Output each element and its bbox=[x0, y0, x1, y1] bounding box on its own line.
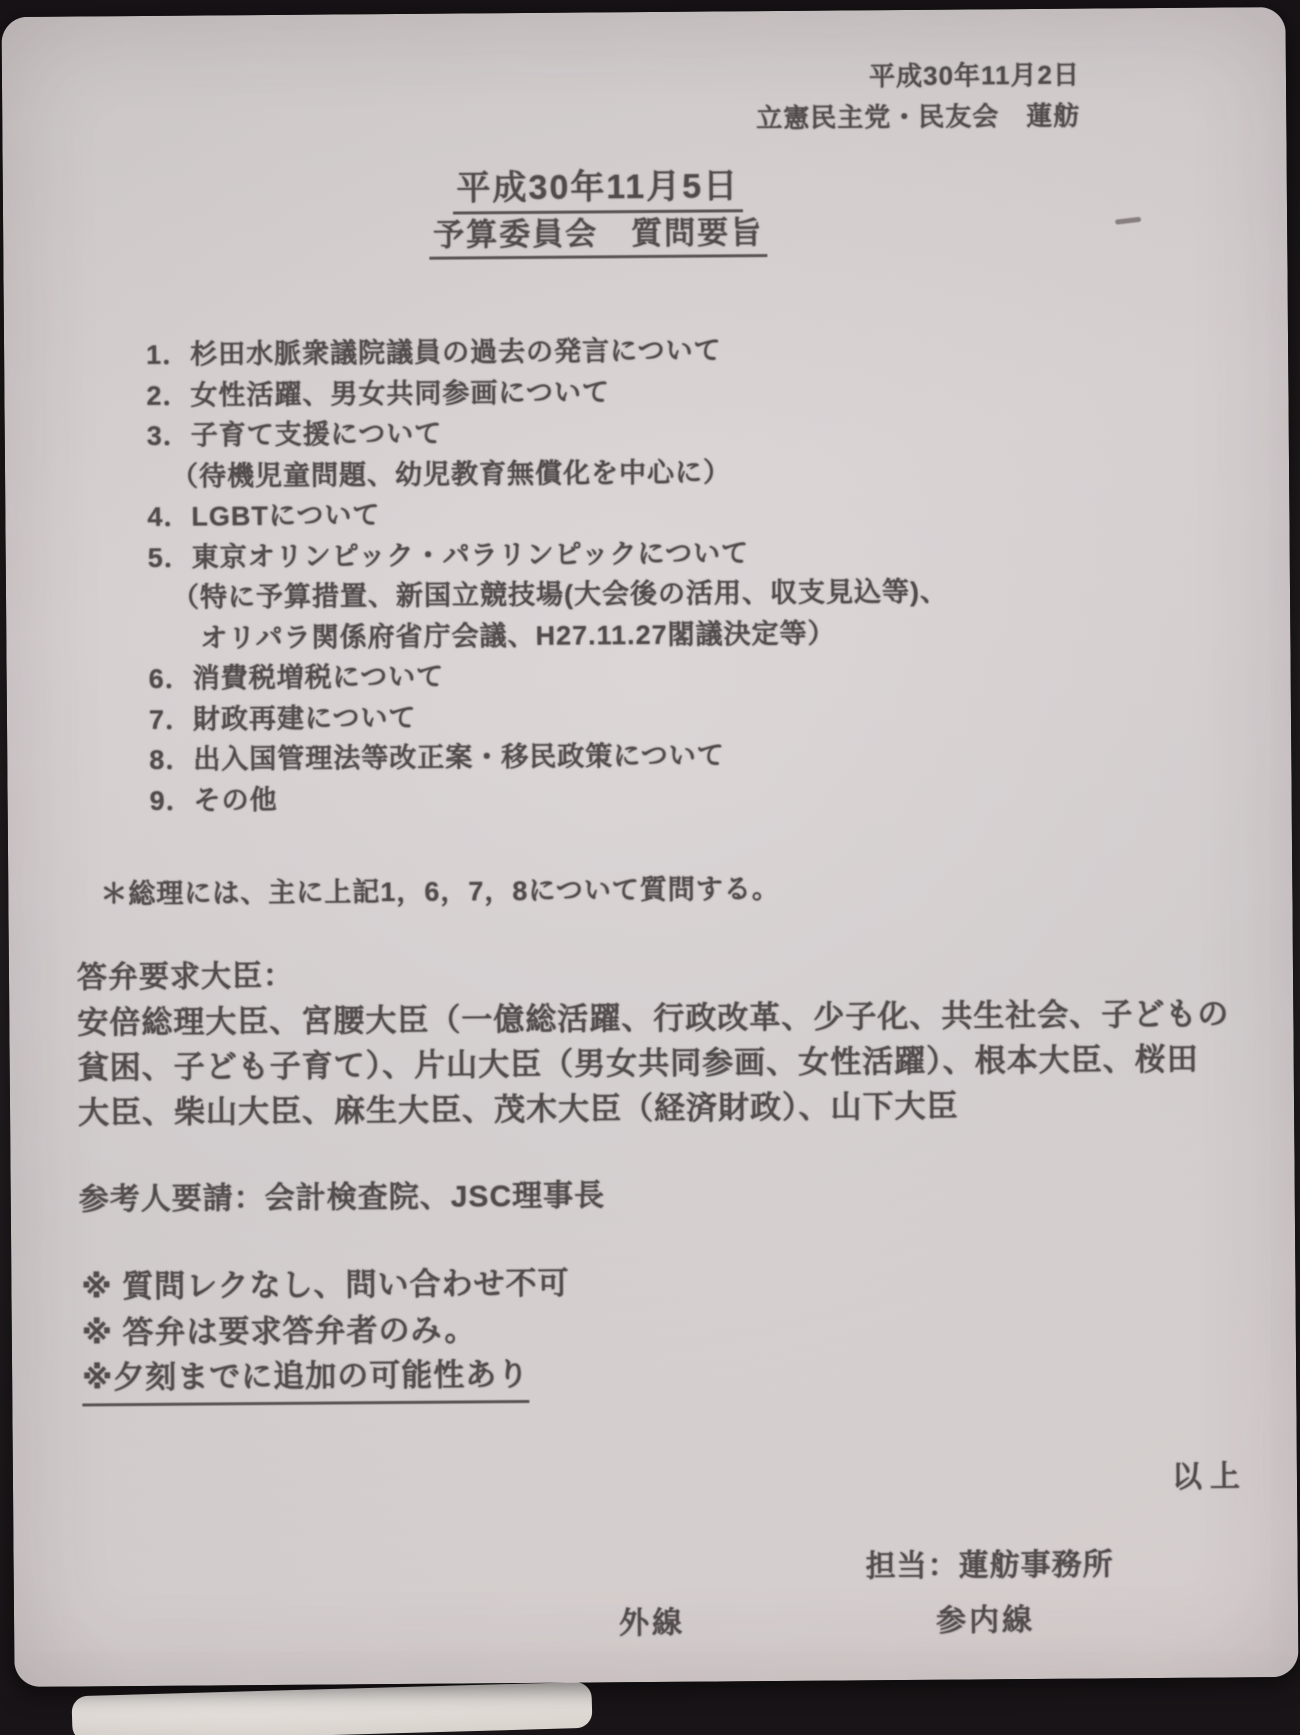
document-text-layer: 平成30年11月2日 立憲民主党・民友会 蓮舫 平成30年11月5日 予算委員会… bbox=[1, 7, 1298, 1687]
ministers-label: 答弁要求大臣： bbox=[77, 951, 294, 997]
agenda-item-8: 8．出入国管理法等改正案・移民政策について bbox=[149, 734, 949, 781]
header-party-line: 立憲民主党・民友会 蓮舫 bbox=[756, 96, 1080, 140]
closing-text: 以上 bbox=[1172, 1451, 1248, 1496]
remarks-block: ※ 質問レクなし、問い合わせ不可 ※ 答弁は要求答弁者のみ。 ※夕刻までに追加の… bbox=[81, 1261, 570, 1406]
title-committee-line: 予算委員会 質問要旨 bbox=[429, 215, 767, 259]
agenda-item-5-sub-2: オリパラ関係府省庁会議、H27.11.27閣議決定等） bbox=[200, 612, 948, 658]
photo-background: 平成30年11月2日 立憲民主党・民友会 蓮舫 平成30年11月5日 予算委員会… bbox=[0, 0, 1300, 1735]
agenda-item-3-sub: （待機児童問題、幼児教育無償化を中心に） bbox=[171, 450, 947, 497]
agenda-item-5: 5．東京オリンピック・パラリンピックについて bbox=[148, 531, 948, 578]
footer-outside-line-label: 外線 bbox=[619, 1598, 685, 1643]
agenda-item-9: 9．その他 bbox=[149, 774, 949, 821]
agenda-item-7: 7．財政再建について bbox=[149, 693, 949, 740]
document-title: 平成30年11月5日 予算委員会 質問要旨 bbox=[3, 164, 1194, 263]
title-date-line: 平成30年11月5日 bbox=[452, 167, 743, 214]
agenda-item-2: 2．女性活躍、男女共同参画について bbox=[146, 369, 946, 416]
agenda-item-3: 3．子育て支援について bbox=[147, 410, 947, 457]
ministers-line-3: 大臣、柴山大臣、麻生大臣、茂木大臣（経済財政）、山下大臣 bbox=[78, 1081, 1230, 1135]
footer-inside-line-label: 参内線 bbox=[936, 1595, 1035, 1640]
underlying-page-edge bbox=[71, 1682, 592, 1735]
agenda-item-5-sub-1: （特に予算措置、新国立競技場(大会後の活用、収支見込等)、 bbox=[172, 572, 948, 619]
header-date-line: 平成30年11月2日 bbox=[756, 55, 1080, 99]
agenda-list: 1．杉田水脈衆議院議員の過去の発言について 2．女性活躍、男女共同参画について … bbox=[146, 329, 950, 821]
ministers-line-2: 貧困、子ども子育て）、片山大臣（男女共同参画、女性活躍）、根本大臣、桜田 bbox=[78, 1036, 1230, 1090]
witnesses-line: 参考人要請：会計検査院、JSC理事長 bbox=[79, 1170, 606, 1218]
footer-in-charge: 担当：蓮舫事務所 bbox=[865, 1539, 1113, 1585]
remark-line-2: ※ 答弁は要求答弁者のみ。 bbox=[82, 1306, 570, 1355]
agenda-item-1: 1．杉田水脈衆議院議員の過去の発言について bbox=[146, 329, 946, 376]
priority-note: ＊総理には、主に上記1，6，7，8について質問する。 bbox=[100, 867, 780, 911]
remark-line-3: ※夕刻までに追加の可能性あり bbox=[82, 1352, 530, 1406]
header-block: 平成30年11月2日 立憲民主党・民友会 蓮舫 bbox=[756, 55, 1081, 140]
ministers-paragraph: 安倍総理大臣、宮腰大臣（一億総活躍、行政改革、少子化、共生社会、子どもの 貧困、… bbox=[77, 991, 1230, 1135]
agenda-item-6: 6．消費税増税について bbox=[149, 653, 949, 700]
document-page: 平成30年11月2日 立憲民主党・民友会 蓮舫 平成30年11月5日 予算委員会… bbox=[1, 7, 1298, 1687]
remark-line-1: ※ 質問レクなし、問い合わせ不可 bbox=[81, 1261, 569, 1310]
agenda-item-4: 4．LGBTについて bbox=[147, 491, 947, 538]
